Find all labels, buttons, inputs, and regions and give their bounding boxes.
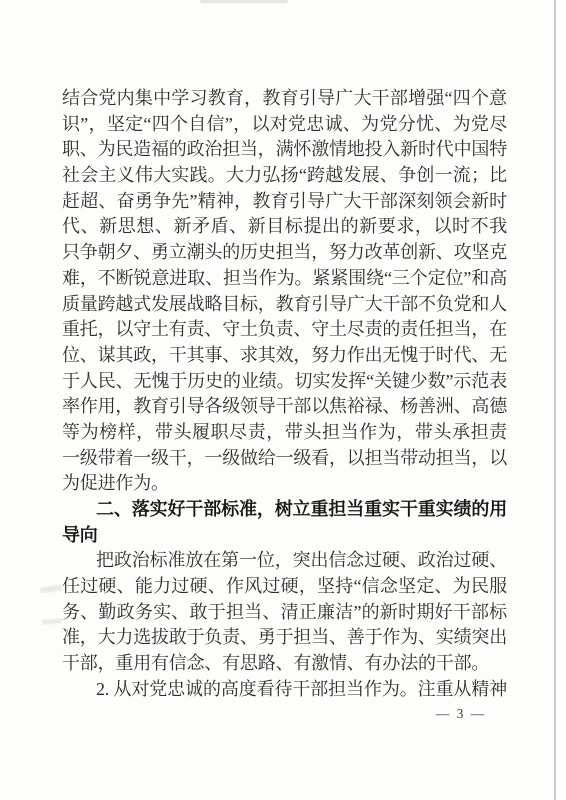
text-line: 位、谋其政，干其事、求其效，努力作出无愧于时代、无愧 xyxy=(62,343,507,369)
page-number: — 3 — xyxy=(406,706,516,722)
text-line: 结合党内集中学习教育，教育引导广大干部增强“四个意 xyxy=(62,86,507,112)
text-line: 干部，重用有信念、有思路、有激情、有办法的干部。 xyxy=(62,651,507,677)
text-line: 重托，以守土有责、守土负责、守土尽责的责任担当，在其 xyxy=(62,317,507,343)
scan-mark-left-upper xyxy=(40,584,63,593)
heading-line: 二、落实好干部标准，树立重担当重实干重实绩的用人 xyxy=(62,497,507,523)
scan-edge-line xyxy=(554,0,556,800)
text-line: 于人民、无愧于历史的业绩。切实发挥“关键少数”示范表 xyxy=(62,369,507,395)
text-line: 等为榜样，带头履职尽责，带头担当作为，带头承担责任， xyxy=(62,420,507,446)
heading-line: 导向 xyxy=(62,523,507,549)
text-line: 赶超、奋勇争先”精神，教育引导广大干部深刻领会新时 xyxy=(62,189,507,215)
document-page: 结合党内集中学习教育，教育引导广大干部增强“四个意识”，坚定“四个自信”，以对党… xyxy=(0,0,566,800)
document-body: 结合党内集中学习教育，教育引导广大干部增强“四个意识”，坚定“四个自信”，以对党… xyxy=(62,86,507,703)
text-line: 职、为民造福的政治担当，满怀激情地投入新时代中国特色 xyxy=(62,137,507,163)
text-line: 难，不断锐意进取、担当作为。紧紧围绕“三个定位”和高 xyxy=(62,266,507,292)
text-line: 代、新思想、新矛盾、新目标提出的新要求，以时不我待、 xyxy=(62,214,507,240)
text-line: 社会主义伟大实践。大力弘扬“跨越发展、争创一流；比学 xyxy=(62,163,507,189)
text-line: 质量跨越式发展战略目标，教育引导广大干部不负党和人民 xyxy=(62,292,507,318)
text-line: 任过硬、能力过硬、作风过硬，坚持“信念坚定、为民服 xyxy=(62,574,507,600)
text-line: 为促进作为。 xyxy=(62,471,507,497)
text-line: 只争朝夕、勇立潮头的历史担当，努力改革创新、攻坚克 xyxy=(62,240,507,266)
text-line: 一级带着一级干，一级做给一级看，以担当带动担当，以作 xyxy=(62,446,507,472)
text-line: 2. 从对党忠诚的高度看待干部担当作为。注重从精神 xyxy=(62,677,507,703)
text-line: 率作用，教育引导各级领导干部以焦裕禄、杨善洲、高德荣 xyxy=(62,394,507,420)
text-line: 把政治标准放在第一位，突出信念过硬、政治过硬、责 xyxy=(62,548,507,574)
scan-smudge-top xyxy=(200,0,288,3)
text-line: 识”，坚定“四个自信”，以对党忠诚、为党分忧、为党尽 xyxy=(62,112,507,138)
text-line: 务、勤政务实、敢于担当、清正廉洁”的新时期好干部标 xyxy=(62,600,507,626)
scan-mark-left-lower xyxy=(42,618,62,625)
text-line: 准，大力选拔敢于负责、勇于担当、善于作为、实绩突出的 xyxy=(62,625,507,651)
